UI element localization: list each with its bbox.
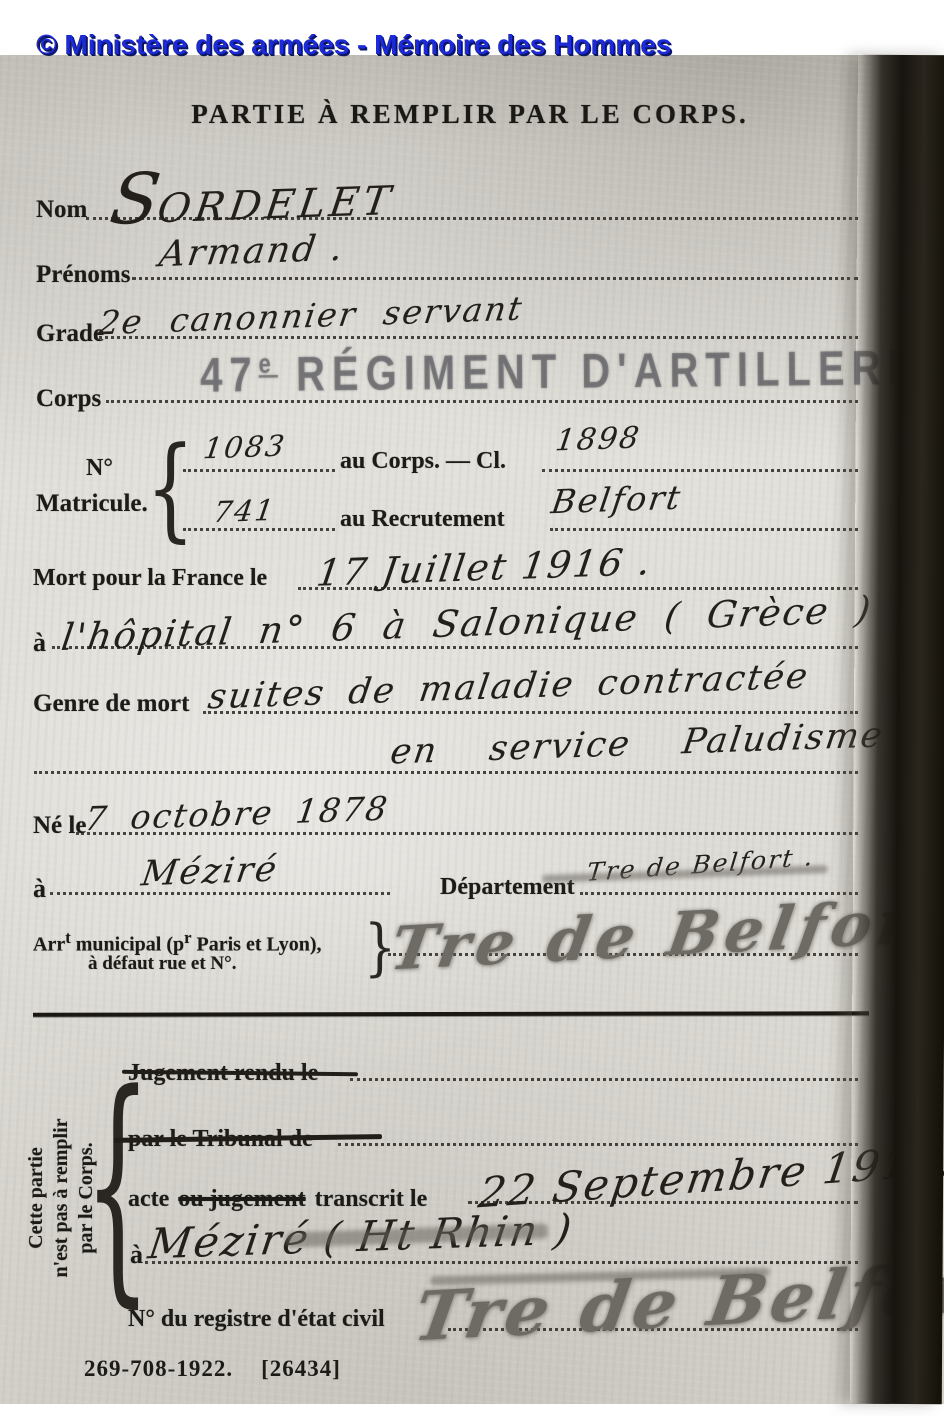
field-value-classe: 1898 (553, 421, 643, 459)
field-value-matricule-corps: 1083 (201, 429, 288, 466)
document-title: PARTIE À REMPLIR PAR LE CORPS. (140, 99, 800, 130)
field-label-grade: Grade (36, 320, 104, 348)
imprint-reference: [26434] (261, 1356, 341, 1381)
field-label-mort: Mort pour la France le (33, 565, 267, 592)
stamp-number: 47 (200, 348, 259, 402)
record-page: © Ministère des armées - Mémoire des Hom… (0, 0, 944, 1417)
matricule-brace-icon: { (146, 433, 195, 545)
field-label-numero: N° (86, 455, 113, 482)
dotted-line-matricule-corps (183, 469, 335, 472)
transcription-label-fin: transcrit le (315, 1186, 428, 1212)
field-label-lieu-mort: à (33, 628, 46, 658)
scan-dark-edge (850, 55, 944, 1405)
imprint-number: 269-708-1922. (84, 1356, 233, 1381)
field-label-nom: Nom (36, 196, 87, 224)
stamp-ordinal-sup: e (258, 348, 277, 379)
arr-label-sup-r: r (184, 928, 191, 947)
field-label-prenoms: Prénoms (36, 261, 130, 289)
field-label-matricule: Matricule. (36, 490, 148, 518)
field-label-registre: N° du registre d'état civil (128, 1306, 385, 1333)
dotted-line-matricule-recrutement (183, 528, 335, 531)
regiment-stamp: 47e RÉGIMENT D'ARTILLERI (200, 341, 906, 403)
field-value-bureau: Belfort (549, 478, 685, 521)
dotted-line-classe (542, 469, 858, 472)
dotted-line-prenoms (132, 277, 858, 280)
field-value-nom: Sordelet (106, 155, 400, 235)
sidebar-note: Cette partie n'est pas à remplir par le … (24, 1048, 116, 1348)
dotted-line-bureau (550, 528, 858, 531)
field-value-prenoms: Armand . (157, 228, 348, 275)
dotted-line-genre-mort-2 (34, 771, 858, 774)
field-label-corps: Corps (36, 385, 101, 413)
sidebar-note-line3: par le Corps. (74, 1048, 99, 1348)
arr-label-pre: Arr (33, 934, 65, 956)
field-label-naissance: Né le (33, 812, 86, 840)
copyright-watermark: © Ministère des armées - Mémoire des Hom… (36, 29, 671, 61)
stamp-text: RÉGIMENT D'ARTILLERI (296, 341, 906, 401)
dotted-line-commune-naissance (50, 892, 390, 895)
field-label-arrondissement-2: à défaut rue et N°. (88, 953, 236, 975)
transcription-label-acte: acte (128, 1186, 169, 1212)
field-value-commune-naissance: Méziré (139, 850, 281, 895)
imprint-footer: 269-708-1922.[26434] (84, 1356, 369, 1382)
transcription-label-struck: ou jugement (178, 1186, 305, 1212)
dotted-line-jugement (350, 1078, 858, 1081)
field-label-au-corps: au Corps. — Cl. (340, 448, 506, 475)
dotted-line-tribunal (338, 1143, 858, 1146)
sidebar-note-line2: n'est pas à remplir (49, 1048, 74, 1348)
field-value-matricule-recrutement: 741 (211, 493, 278, 529)
field-label-transcription: acteou jugementtranscrit le (128, 1186, 427, 1213)
field-label-lieu-transcription: à (130, 1240, 143, 1270)
field-label-au-recrutement: au Recrutement (340, 506, 505, 533)
sidebar-note-line1: Cette partie (24, 1048, 49, 1348)
field-label-genre-mort: Genre de mort (33, 690, 189, 718)
field-label-lieu-naissance: à (33, 874, 46, 904)
